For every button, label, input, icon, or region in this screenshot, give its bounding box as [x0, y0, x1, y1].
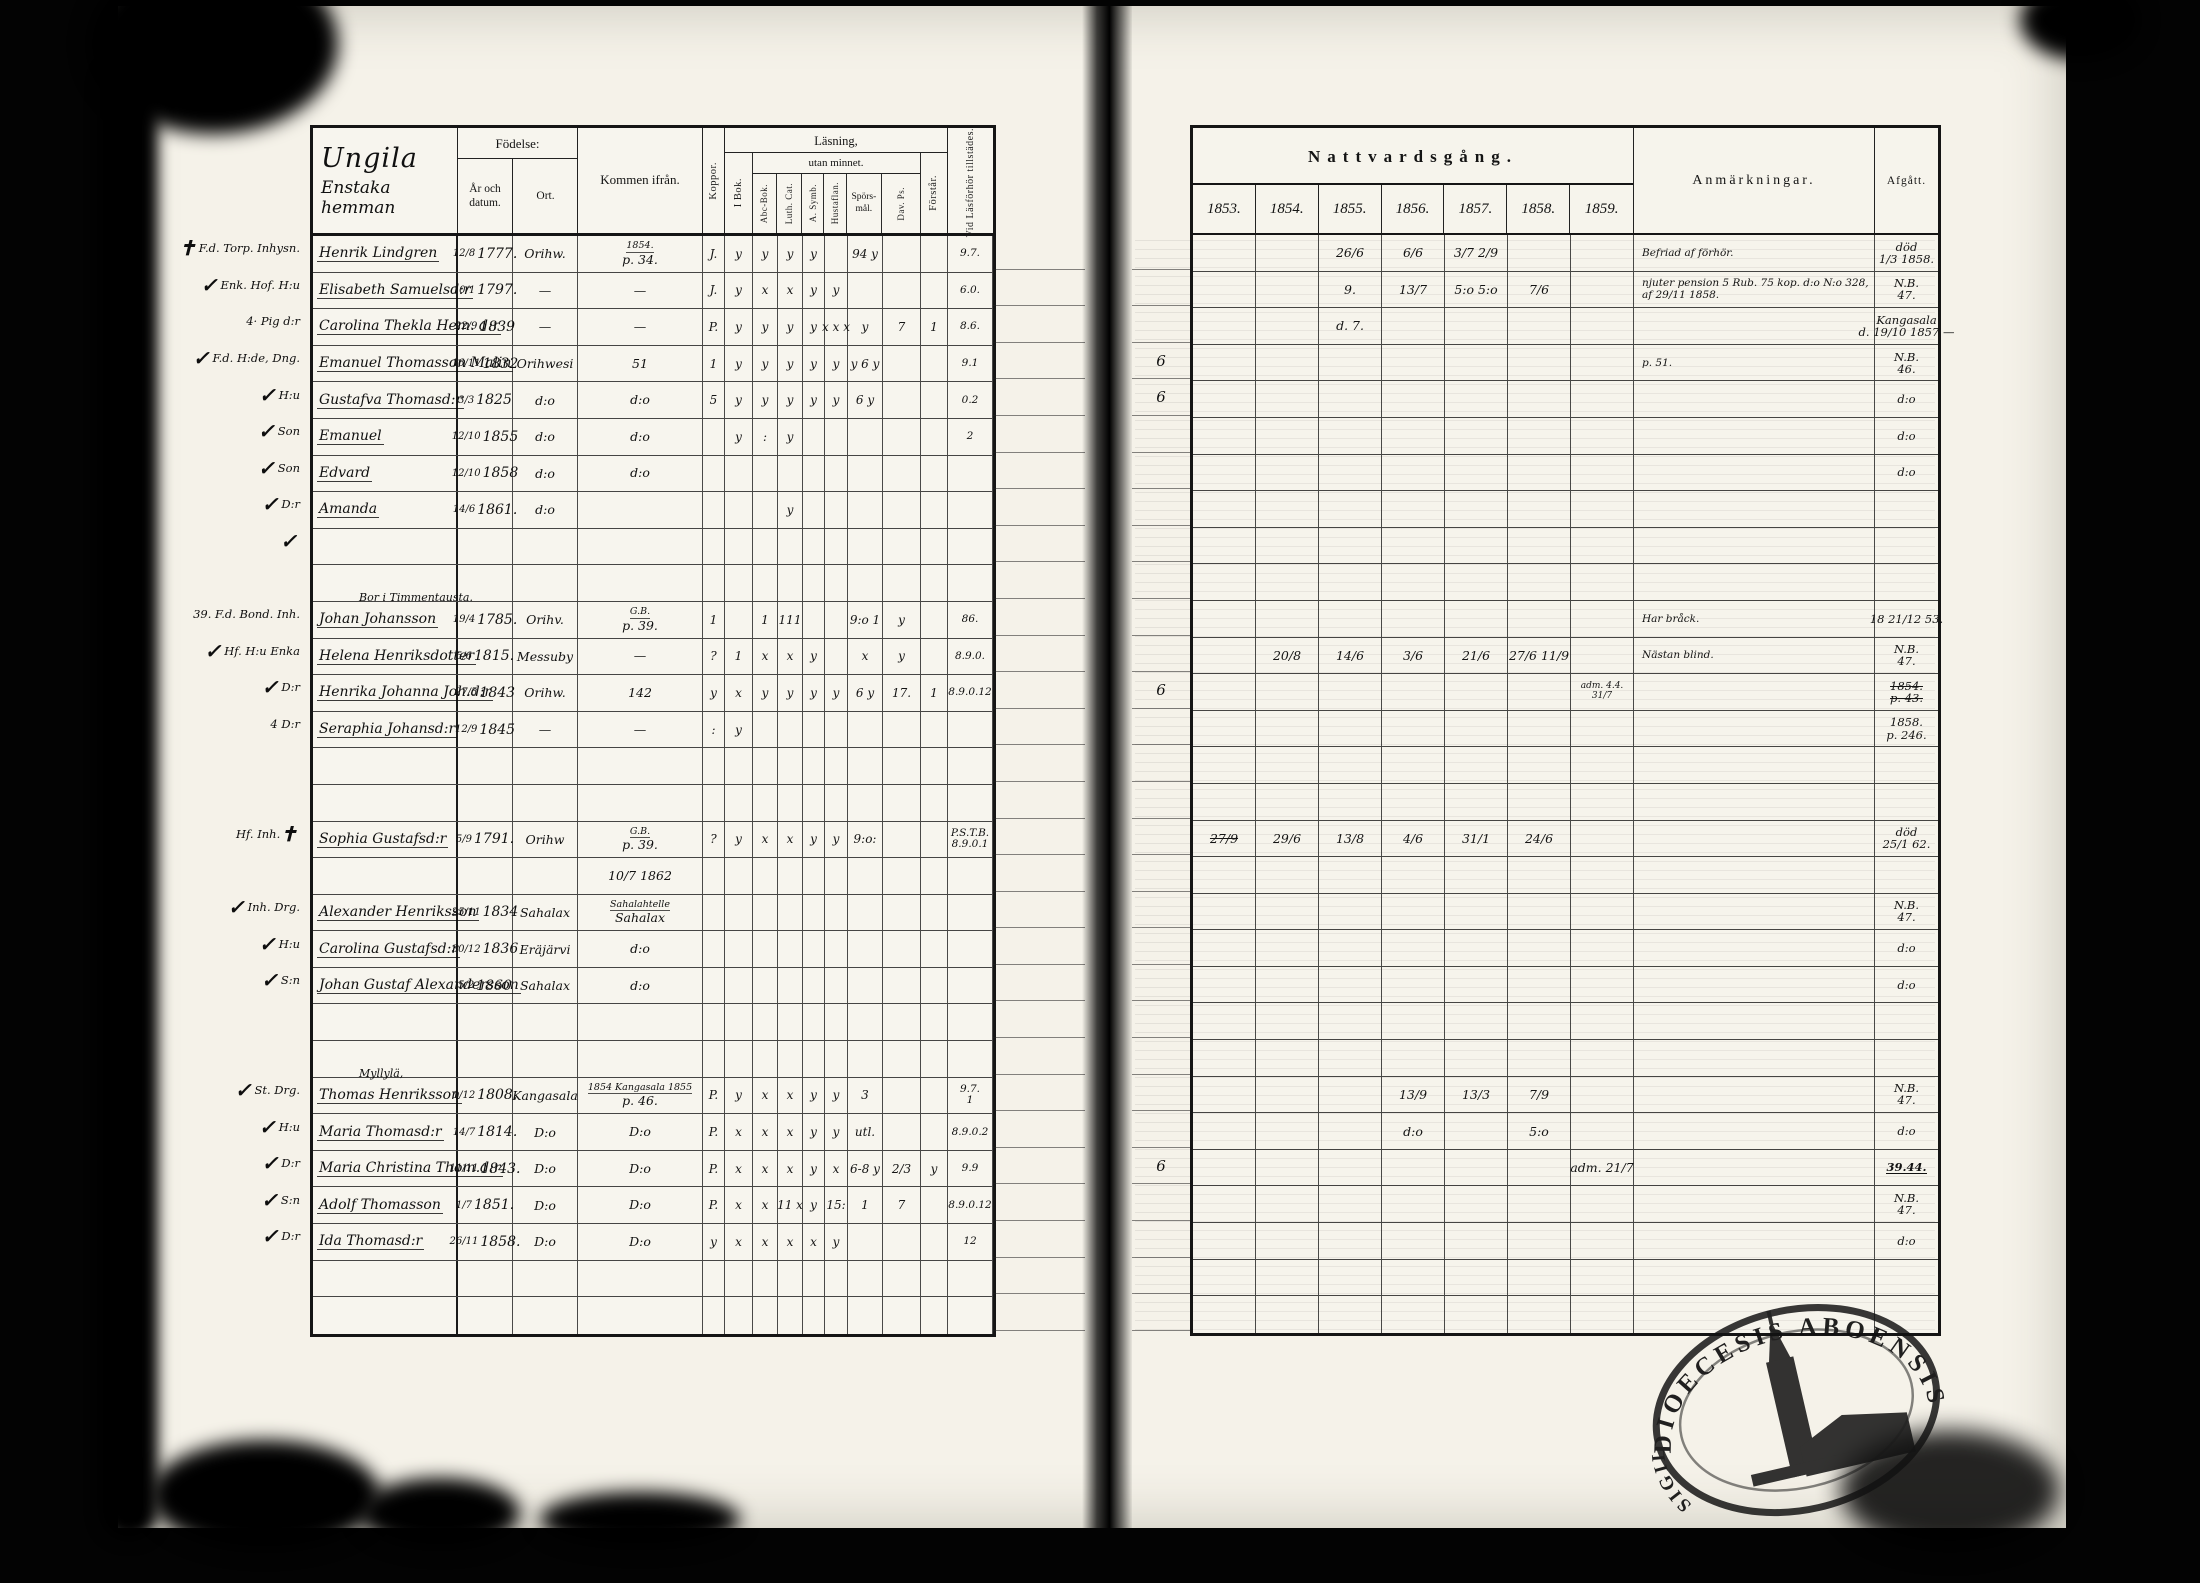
- communion-cell-1857.: [1445, 894, 1508, 930]
- check-mark: ✓: [262, 1151, 279, 1175]
- departed-text: d:o: [1897, 430, 1915, 442]
- margin-text: F.d. Torp. Inhysn.: [199, 241, 300, 255]
- communion-row: [1193, 528, 1938, 565]
- cell-spors: [848, 1041, 883, 1077]
- scanned-parish-register: 39. Ungila Enstaka hemman Födelse: År oc…: [0, 0, 2200, 1583]
- reading-mark: y: [735, 1088, 742, 1102]
- cell-ibok: y: [725, 712, 753, 748]
- communion-row: N.B.47.: [1193, 894, 1938, 931]
- cell-ort: D:o: [513, 1151, 578, 1187]
- communion-cell-1858.: [1508, 564, 1571, 600]
- birth-year: 1785.: [477, 612, 517, 628]
- cell-forstar: [921, 1114, 948, 1150]
- cell-ort: [513, 565, 578, 601]
- communion-cell-1859.: [1571, 1296, 1634, 1333]
- cell-name: Myllylä,Thomas Henriksson: [313, 1078, 458, 1114]
- cell-ar: [458, 529, 513, 565]
- check-mark: ✓: [259, 932, 276, 956]
- cell-symb: [803, 1261, 825, 1297]
- margin-annotation: ✓ St. Drg.: [168, 1072, 306, 1109]
- cell-forstar: [921, 712, 948, 748]
- pre-mark-cell: [1132, 453, 1190, 490]
- departed-cell: [1875, 528, 1938, 564]
- communion-cell-1855.: [1319, 528, 1382, 564]
- communion-row: [1193, 491, 1938, 528]
- cell-hust: [825, 785, 848, 821]
- cell-symb: y: [803, 1078, 825, 1114]
- cell-ort: d:o: [513, 492, 578, 528]
- birth-year: 1843: [479, 685, 515, 701]
- exam-score: 9.9: [962, 1163, 979, 1174]
- reading-mark: y: [735, 393, 742, 407]
- communion-row: 1858.p. 246.: [1193, 711, 1938, 748]
- cell-name: [313, 1297, 458, 1334]
- pre-mark-cell: [1132, 965, 1190, 1002]
- cell-hust: x: [825, 1151, 848, 1187]
- communion-cell-1855.: [1319, 491, 1382, 527]
- reading-mark: 94 y: [852, 247, 878, 261]
- departed-cell: N.B.47.: [1875, 894, 1938, 930]
- cell-ibok: [725, 785, 753, 821]
- communion-cell-1853.: [1193, 1223, 1256, 1259]
- communion-cell-1859.: [1571, 821, 1634, 857]
- cell-luth: x: [778, 822, 803, 858]
- cell-abc: [753, 456, 778, 492]
- reading-mark: P.: [709, 320, 718, 334]
- row-line-extension: [993, 1184, 1085, 1221]
- cell-abc: [753, 492, 778, 528]
- cell-ibok: [725, 895, 753, 931]
- cell-hust: y: [825, 273, 848, 309]
- reading-mark: y: [898, 613, 905, 627]
- row-line-extension: [993, 782, 1085, 819]
- cell-ar: 26/111858.: [458, 1224, 513, 1260]
- year-col-3: 1856.: [1382, 185, 1445, 233]
- exam-score: 9.7.: [960, 248, 980, 259]
- right-header-row: Nattvardsgång. 1853.1854.1855.1856.1857.…: [1193, 128, 1938, 235]
- margin-annotation: ✓ F.d. H:de, Dng.: [168, 340, 306, 377]
- cell-name: [313, 858, 458, 894]
- cell-symb: [803, 858, 825, 894]
- row-line-extension: [993, 306, 1085, 343]
- birth-place: Eräjärvi: [520, 942, 571, 957]
- cell-hust: [825, 1261, 848, 1297]
- person-row: Maria Thomasd:r14/71814.D:oD:oP.xxxyyutl…: [313, 1114, 993, 1151]
- birth-day-month: 3/3: [458, 395, 474, 406]
- cell-hust: [825, 858, 848, 894]
- margin-annotation: ✓ D:r: [168, 1145, 306, 1182]
- cell-ibok: [725, 565, 753, 601]
- communion-row: adm. 4.4. 31/71854.p. 43.: [1193, 674, 1938, 711]
- margin-annotation: [168, 1035, 306, 1072]
- reading-mark: y: [810, 686, 817, 700]
- cell-spors: [848, 895, 883, 931]
- cell-symb: y: [803, 273, 825, 309]
- cell-kommen: D:o: [578, 1187, 703, 1223]
- pre-mark-cell: [1132, 416, 1190, 453]
- row-line-extension: [993, 709, 1085, 746]
- person-row: [313, 1004, 993, 1041]
- communion-cell-1853.: [1193, 235, 1256, 271]
- reading-mark: y: [810, 1198, 817, 1212]
- person-name: Helena Henriksdotter: [317, 648, 476, 665]
- margin-text: H:u: [279, 388, 300, 402]
- cell-till: 8.9.0.: [948, 639, 993, 675]
- reading-mark: x: [787, 1162, 794, 1176]
- cell-symb: [803, 456, 825, 492]
- person-row: Carolina Gustafsd:r30/121836Eräjärvid:o: [313, 931, 993, 968]
- check-mark: ✓: [258, 419, 275, 443]
- cell-symb: x: [803, 1224, 825, 1260]
- cell-forstar: [921, 346, 948, 382]
- cell-kommen: [578, 1041, 703, 1077]
- cell-till: [948, 1004, 993, 1040]
- cell-spors: y: [848, 309, 883, 345]
- cell-abc: [753, 712, 778, 748]
- cell-ar: 12/101858: [458, 456, 513, 492]
- cell-forstar: [921, 419, 948, 455]
- communion-cell-1859.: [1571, 272, 1634, 308]
- communion-cell-1859.: [1571, 711, 1634, 747]
- birth-place: Messuby: [517, 649, 573, 664]
- scan-blotch: [360, 1478, 520, 1548]
- cell-ar: [458, 748, 513, 784]
- row-line-extension: [993, 672, 1085, 709]
- cell-koppor: ?: [703, 639, 725, 675]
- communion-cell-1855.: [1319, 345, 1382, 381]
- cell-ar: 30/121836: [458, 931, 513, 967]
- communion-row: d:o: [1193, 930, 1938, 967]
- communion-row: [1193, 564, 1938, 601]
- cell-kommen: [578, 748, 703, 784]
- cell-kommen: d:o: [578, 931, 703, 967]
- cell-koppor: [703, 492, 725, 528]
- reading-mark: y: [762, 686, 769, 700]
- cell-koppor: [703, 529, 725, 565]
- cell-name: Emanuel: [313, 419, 458, 455]
- remarks-cell: [1634, 1077, 1875, 1113]
- departed-text-2: 47.: [1897, 1204, 1915, 1216]
- cell-spors: 94 y: [848, 236, 883, 272]
- cell-hust: y: [825, 1114, 848, 1150]
- cell-ar: 5/21860: [458, 968, 513, 1004]
- communion-date: 29/6: [1273, 831, 1301, 846]
- communion-cell-1859.: [1571, 1077, 1634, 1113]
- cell-symb: y: [803, 675, 825, 711]
- arrived-from: D:o: [629, 1235, 651, 1249]
- communion-cell-1854.: [1256, 894, 1319, 930]
- arrived-from: —: [634, 723, 647, 737]
- communion-cell-1856.: [1382, 894, 1445, 930]
- reading-mark: x: [762, 1162, 769, 1176]
- birth-year: 1814.: [477, 1124, 517, 1140]
- communion-date: 20/8: [1273, 648, 1301, 663]
- cell-forstar: [921, 895, 948, 931]
- book-binding-gutter: [1082, 6, 1132, 1528]
- communion-cell-1856.: [1382, 930, 1445, 966]
- pre-mark-cell: [1132, 1075, 1190, 1112]
- person-name: Seraphia Johansd:r: [317, 721, 457, 738]
- communion-date: 27/6 11/9: [1509, 648, 1569, 663]
- cell-forstar: [921, 492, 948, 528]
- margin-annotation: ✓ S:n: [168, 962, 306, 999]
- cell-spors: 6-8 y: [848, 1151, 883, 1187]
- cell-ort: [513, 1004, 578, 1040]
- cell-kommen: D:o: [578, 1224, 703, 1260]
- communion-cell-1857.: [1445, 381, 1508, 417]
- communion-cell-1855.: [1319, 1223, 1382, 1259]
- cell-abc: y: [753, 382, 778, 418]
- cell-abc: [753, 895, 778, 931]
- reading-mark: y: [762, 320, 769, 334]
- exam-score: 8.9.0.2: [952, 1127, 989, 1138]
- birth-date-label: År och datum.: [458, 159, 513, 233]
- cell-symb: [803, 529, 825, 565]
- cell-koppor: [703, 419, 725, 455]
- row-line-extension: [993, 343, 1085, 380]
- cross-mark: ✝: [280, 822, 297, 846]
- cell-luth: 11 x: [778, 1187, 803, 1223]
- cell-till: 8.9.0.2: [948, 1114, 993, 1150]
- communion-cell-1859.: [1571, 784, 1634, 820]
- communion-cell-1853.: [1193, 747, 1256, 783]
- margin-text: D:r: [281, 1156, 300, 1170]
- right-page-table: Nattvardsgång. 1853.1854.1855.1856.1857.…: [1190, 125, 1941, 1336]
- communion-cell-1854.: [1256, 418, 1319, 454]
- communion-row: 26/66/63/7 2/9Befriad af förhör.död1/3 1…: [1193, 235, 1938, 272]
- cell-ort: D:o: [513, 1187, 578, 1223]
- communion-cell-1858.: [1508, 1186, 1571, 1222]
- departed-text-2: d. 19/10 1857 —: [1859, 326, 1955, 338]
- communion-cell-1854.: [1256, 1077, 1319, 1113]
- cell-luth: y: [778, 382, 803, 418]
- cell-ibok: [725, 1297, 753, 1334]
- cell-luth: [778, 565, 803, 601]
- exam-score-2: 8.9.0.1: [952, 839, 989, 850]
- departed-text-2: 25/1 62.: [1883, 838, 1931, 850]
- margin-text: 4· Pig d:r: [246, 314, 300, 328]
- cell-ort: Orihw.: [513, 236, 578, 272]
- margin-text: Inh. Drg.: [248, 900, 300, 914]
- cell-ibok: x: [725, 675, 753, 711]
- cell-till: 8.6.: [948, 309, 993, 345]
- arrived-from: D:o: [629, 1125, 651, 1139]
- cell-spors: [848, 273, 883, 309]
- cell-kommen: —: [578, 273, 703, 309]
- communion-cell-1855.: [1319, 1003, 1382, 1039]
- communion-cell-1854.: [1256, 930, 1319, 966]
- birth-day-month: 14/6: [453, 504, 475, 515]
- reading-mark: 1: [761, 613, 769, 627]
- reading-mark: x: [762, 1088, 769, 1102]
- person-row: [313, 1041, 993, 1078]
- cell-kommen: 10/7 1862: [578, 858, 703, 894]
- remarks-cell: p. 51.: [1634, 345, 1875, 381]
- cross-mark: ✝: [179, 236, 196, 260]
- check-mark: ✓: [258, 456, 275, 480]
- remarks-cell: [1634, 747, 1875, 783]
- reading-mark: 1: [861, 1198, 869, 1212]
- communion-date: 24/6: [1525, 831, 1553, 846]
- reading-mark: y: [833, 1125, 840, 1139]
- person-name: Henrik Lindgren: [317, 245, 439, 262]
- cell-ar: [458, 1261, 513, 1297]
- cell-ibok: [725, 1004, 753, 1040]
- communion-date: 13/9: [1399, 1087, 1427, 1102]
- cell-till: 9.9: [948, 1151, 993, 1187]
- group-annotation: Myllylä,: [359, 1067, 403, 1080]
- cell-koppor: P.: [703, 1078, 725, 1114]
- reading-mark: y 6 y: [851, 357, 880, 371]
- reading-mark: 11 x: [777, 1198, 803, 1212]
- person-row: Alexander Henriksson25/111834SahalaxSaha…: [313, 895, 993, 932]
- reading-mark: 5: [710, 393, 718, 407]
- person-row: Sophia Gustafsd:r5/91791.OrihwG.B.p. 39.…: [313, 822, 993, 859]
- communion-cell-1859.: [1571, 345, 1634, 381]
- cell-symb: [803, 1004, 825, 1040]
- arrived-from: d:o: [630, 942, 650, 956]
- cell-kommen: D:o: [578, 1151, 703, 1187]
- communion-cell-1858.: [1508, 711, 1571, 747]
- reading-mark: ?: [710, 832, 716, 846]
- communion-cell-1857.: 31/1: [1445, 821, 1508, 857]
- communion-cell-1859.: [1571, 930, 1634, 966]
- exam-score: 2: [967, 431, 974, 442]
- birth-day-month: 10/1: [453, 285, 475, 296]
- cell-koppor: [703, 968, 725, 1004]
- cell-davps: [883, 895, 921, 931]
- cell-ort: D:o: [513, 1224, 578, 1260]
- reading-mark: 7: [898, 320, 906, 334]
- cell-ort: [513, 1297, 578, 1334]
- birth-year: 1797.: [477, 282, 517, 298]
- check-mark: ✓: [280, 529, 297, 553]
- communion-cell-1855.: [1319, 455, 1382, 491]
- communion-cell-1853.: [1193, 784, 1256, 820]
- margin-annotation: ✓ Son: [168, 450, 306, 487]
- cell-ibok: y: [725, 822, 753, 858]
- communion-cell-1855.: [1319, 930, 1382, 966]
- cell-till: [948, 968, 993, 1004]
- cell-ort: —: [513, 712, 578, 748]
- row-line-extension: [993, 1111, 1085, 1148]
- pre-mark-cell: [1132, 562, 1190, 599]
- departed-cell: [1875, 1040, 1938, 1076]
- cell-hust: [825, 529, 848, 565]
- communion-cell-1859.: [1571, 1113, 1634, 1149]
- birth-day-month: 26/11: [450, 1236, 479, 1247]
- departed-cell: d:o: [1875, 930, 1938, 966]
- cell-symb: y: [803, 822, 825, 858]
- cell-name: Elisabeth Samuelsd:r: [313, 273, 458, 309]
- pre-mark-cell: [1132, 1184, 1190, 1221]
- communion-cell-1854.: [1256, 1186, 1319, 1222]
- communion-cell-1853.: [1193, 528, 1256, 564]
- cell-ibok: y: [725, 309, 753, 345]
- communion-cell-1855.: [1319, 747, 1382, 783]
- cell-abc: y: [753, 675, 778, 711]
- cell-davps: [883, 1297, 921, 1334]
- birth-day-month: 5/9: [456, 834, 472, 845]
- communion-cell-1857.: 13/3: [1445, 1077, 1508, 1113]
- cell-abc: [753, 858, 778, 894]
- reading-mark: y: [810, 247, 817, 261]
- cell-kommen: 51: [578, 346, 703, 382]
- communion-cell-1854.: [1256, 1003, 1319, 1039]
- cell-symb: y: [803, 1151, 825, 1187]
- communion-cell-1858.: [1508, 1296, 1571, 1333]
- cell-name: Johan Gustaf Alexandersson: [313, 968, 458, 1004]
- communion-cell-1858.: [1508, 784, 1571, 820]
- cell-hust: [825, 712, 848, 748]
- cell-ort: —: [513, 309, 578, 345]
- row-line-extension: [993, 526, 1085, 563]
- communion-row: 20/814/63/621/627/6 11/9Nästan blind.N.B…: [1193, 638, 1938, 675]
- communion-cell-1859.: [1571, 528, 1634, 564]
- communion-cell-1855.: 9.: [1319, 272, 1382, 308]
- cell-koppor: [703, 858, 725, 894]
- cell-hust: [825, 895, 848, 931]
- arrived-from: p. 39.: [622, 838, 658, 852]
- communion-cell-1857.: [1445, 528, 1508, 564]
- reading-mark: 1: [710, 613, 718, 627]
- cell-till: [948, 1261, 993, 1297]
- cell-ibok: y: [725, 346, 753, 382]
- communion-cell-1857.: [1445, 747, 1508, 783]
- cell-ort: Kangasala: [513, 1078, 578, 1114]
- communion-cell-1857.: [1445, 491, 1508, 527]
- cell-name: [313, 1261, 458, 1297]
- pre-mark-cell: [1132, 709, 1190, 746]
- row-line-extension: [993, 855, 1085, 892]
- reading-mark: x: [833, 1162, 840, 1176]
- exam-score: 6.0.: [960, 285, 980, 296]
- check-mark: ✓: [259, 1115, 276, 1139]
- departed-text: d:o: [1897, 393, 1915, 405]
- cell-luth: x: [778, 1078, 803, 1114]
- cell-forstar: [921, 968, 948, 1004]
- reading-mark: P.: [709, 1088, 718, 1102]
- cell-name: Emanuel Thomasson Malin: [313, 346, 458, 382]
- reading-mark: y: [735, 430, 742, 444]
- reading-mark: y: [862, 320, 869, 334]
- person-row: Amanda14/61861.d:oy: [313, 492, 993, 529]
- pre-mark-cell: [1132, 782, 1190, 819]
- cell-spors: [848, 968, 883, 1004]
- remarks-cell: [1634, 967, 1875, 1003]
- pre-mark-cell: [1132, 489, 1190, 526]
- arrived-from: —: [634, 284, 647, 298]
- communion-row: [1193, 1040, 1938, 1077]
- reading-mark: 15:: [826, 1198, 845, 1212]
- cell-ibok: y: [725, 1078, 753, 1114]
- communion-cell-1854.: 20/8: [1256, 638, 1319, 674]
- margin-annotation: ✓ D:r: [168, 669, 306, 706]
- cell-symb: [803, 1041, 825, 1077]
- cell-till: [948, 456, 993, 492]
- cell-spors: [848, 565, 883, 601]
- cell-name: Ida Thomasd:r: [313, 1224, 458, 1260]
- reading-subcol-5: Dav. Ps.: [882, 174, 920, 233]
- pre-mark-cell: [1132, 819, 1190, 856]
- communion-cell-1858.: [1508, 308, 1571, 344]
- row-line-extension: [993, 636, 1085, 673]
- communion-cell-1856.: [1382, 1296, 1445, 1333]
- cell-ar: 5/61815.: [458, 639, 513, 675]
- remark-text: p. 51.: [1642, 357, 1672, 369]
- departed-cell: N.B.47.: [1875, 1186, 1938, 1222]
- cell-abc: [753, 565, 778, 601]
